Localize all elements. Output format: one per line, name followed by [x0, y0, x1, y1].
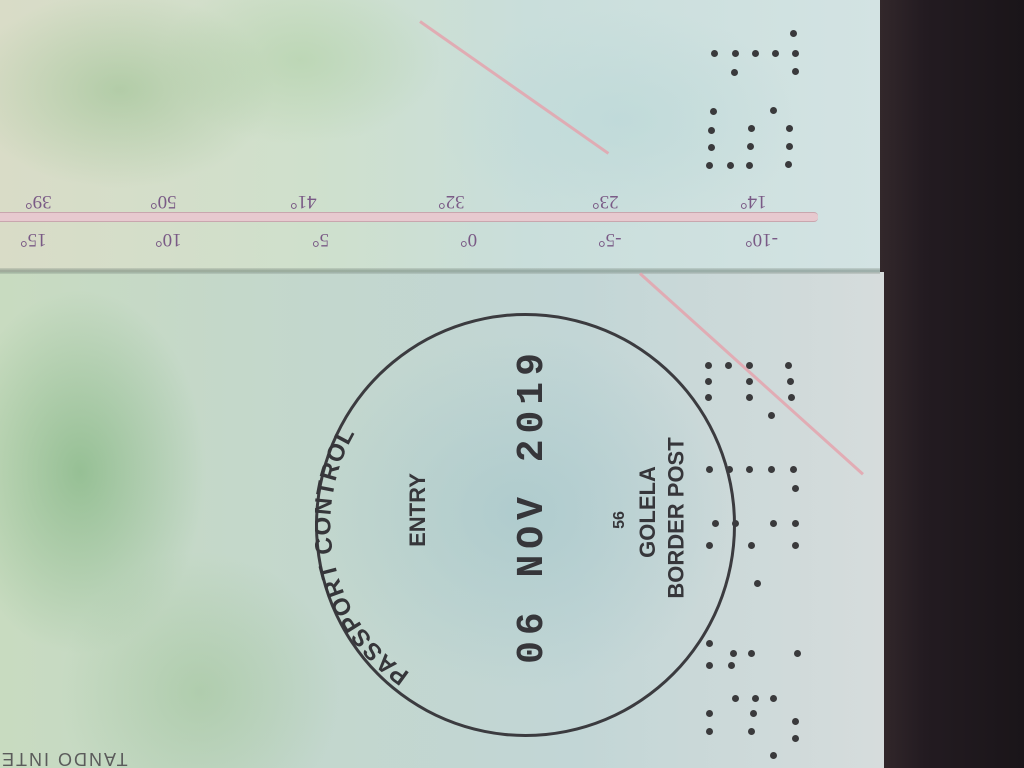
perforation-dot: [746, 394, 753, 401]
perforation-dot: [792, 542, 799, 549]
scale-label-c: 5°: [312, 228, 329, 250]
perforation-dot: [768, 412, 775, 419]
perforation-dot: [792, 485, 799, 492]
perforation-dot: [727, 162, 734, 169]
scale-label-f: 41°: [290, 190, 317, 212]
scale-label-f: 39°: [25, 190, 52, 212]
scale-label-c: -5°: [598, 228, 621, 250]
perforation-dot: [794, 650, 801, 657]
perforation-dot: [787, 378, 794, 385]
perforation-dot: [790, 30, 797, 37]
perforation-dot: [748, 728, 755, 735]
perforation-dot: [785, 362, 792, 369]
perforation-dot: [746, 362, 753, 369]
perforation-dot: [711, 50, 718, 57]
perforation-dot: [786, 143, 793, 150]
perforation-dot: [708, 127, 715, 134]
perforation-dot: [710, 108, 717, 115]
perforation-dot: [785, 161, 792, 168]
perforation-dot: [770, 107, 777, 114]
perforation-dot: [770, 520, 777, 527]
perforation-dot: [790, 466, 797, 473]
perforation-dot: [792, 68, 799, 75]
scale-label-c: 0°: [460, 228, 477, 250]
svg-text:PASSPORT CONTROL: PASSPORT CONTROL: [315, 422, 414, 690]
stamp-officer-number: 56: [611, 511, 629, 529]
perforation-dot: [768, 466, 775, 473]
stamp-date: 06 NOV 2019: [510, 347, 553, 664]
perforation-dot: [788, 394, 795, 401]
perforation-dot: [792, 50, 799, 57]
scale-label-c: 10°: [155, 228, 182, 250]
perforation-dot: [748, 125, 755, 132]
perforation-dot: [746, 466, 753, 473]
passport-photo: 39° 50° 41° 32° 23° 14° 15° 10° 5° 0° -5…: [0, 0, 1024, 768]
scale-label-c: 15°: [20, 228, 47, 250]
perforation-dot: [770, 695, 777, 702]
page-fold: [0, 268, 880, 274]
perforation-dot: [752, 50, 759, 57]
partial-page-text: TANDO INTE: [0, 748, 128, 768]
perforation-dot: [706, 162, 713, 169]
perforation-dot: [792, 520, 799, 527]
scale-label-f: 50°: [150, 190, 177, 212]
scale-label-f: 14°: [740, 190, 767, 212]
scale-label-f: 32°: [438, 190, 465, 212]
perforation-dot: [708, 144, 715, 151]
perforation-dot: [750, 710, 757, 717]
perforation-dot: [792, 718, 799, 725]
perforation-dot: [754, 580, 761, 587]
perforation-dot: [748, 650, 755, 657]
stamp-entry-label: ENTRY: [405, 473, 431, 547]
perforation-dot: [786, 125, 793, 132]
perforation-dot: [746, 162, 753, 169]
perforation-dot: [748, 542, 755, 549]
stamp-location-1: GOLELA: [635, 466, 661, 558]
stamp-location-2: BORDER POST: [663, 437, 689, 598]
perforation-dot: [770, 752, 777, 759]
scale-label-c: -10°: [745, 228, 778, 250]
perforation-dot: [747, 143, 754, 150]
temperature-scale-bar: [0, 212, 818, 222]
perforation-dot: [752, 695, 759, 702]
perforation-dot: [732, 50, 739, 57]
perforation-dot: [792, 735, 799, 742]
scale-label-f: 23°: [592, 190, 619, 212]
perforation-dot: [772, 50, 779, 57]
perforation-dot: [746, 378, 753, 385]
perforation-dot: [731, 69, 738, 76]
